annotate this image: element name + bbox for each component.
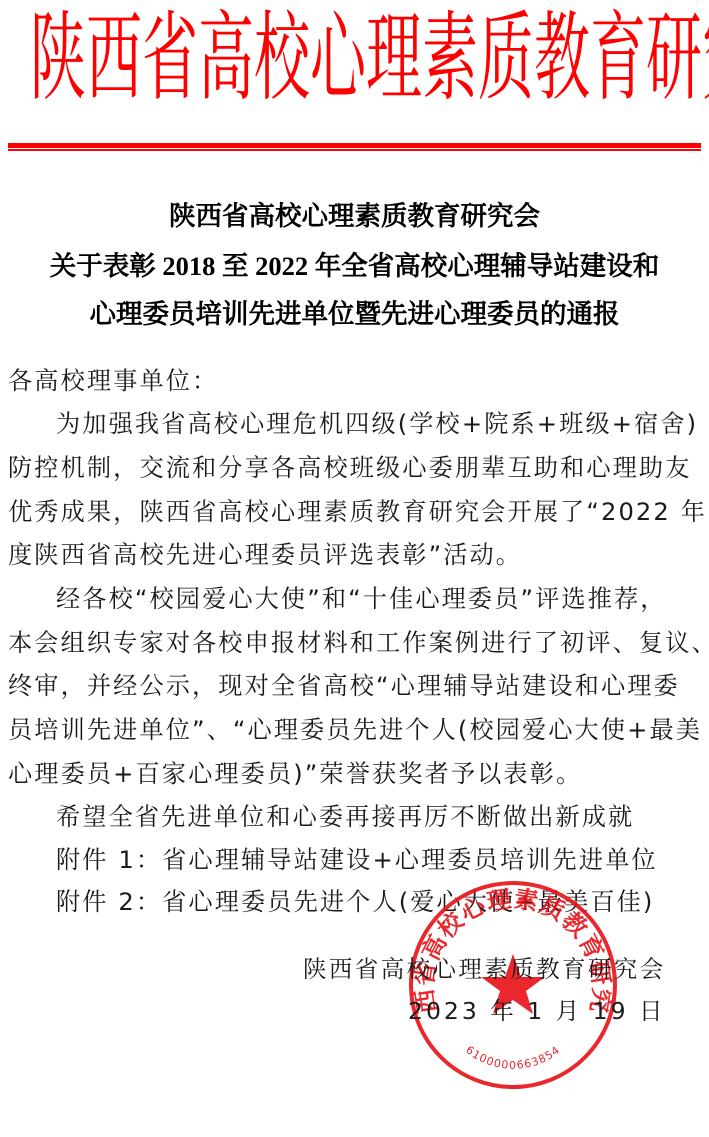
paragraph-1-line: 防控机制，交流和分享各高校班级心委朋辈互助和心理助友: [8, 453, 691, 483]
masthead-char: 西: [86, 12, 142, 108]
masthead-char: 质: [478, 12, 534, 108]
masthead-char: 高: [198, 12, 254, 108]
masthead-char: 教: [534, 12, 590, 108]
masthead-divider-thin: [8, 149, 701, 151]
document-title-line-1: 陕西省高校心理素质教育研究会: [0, 201, 709, 231]
paragraph-1-line: 度陕西省高校先进心理委员评选表彰”活动。: [8, 540, 522, 570]
document-title-line-2: 关于表彰 2018 至 2022 年全省高校心理辅导站建设和: [0, 251, 709, 281]
paragraph-2-line: 本会组织专家对各校申报材料和工作案例进行了初评、复议、: [8, 628, 709, 658]
paragraph-1-line: 优秀成果，陕西省高校心理素质教育研究会开展了“2022 年: [8, 497, 707, 527]
paragraph-1-line: 为加强我省高校心理危机四级(学校+院系+班级+宿舍): [56, 409, 698, 439]
masthead-divider-thick: [8, 143, 701, 148]
attachment-1: 附件 1：省心理辅导站建设+心理委员培训先进单位: [56, 845, 658, 875]
document-title-line-3: 心理委员培训先进单位暨先进心理委员的通报: [0, 299, 709, 329]
masthead-char: 究: [702, 12, 709, 108]
masthead-char: 省: [142, 12, 198, 108]
paragraph-2-line: 经各校“校园爱心大使”和“十佳心理委员”评选推荐，: [56, 584, 667, 614]
masthead-char: 理: [366, 12, 422, 108]
salutation: 各高校理事单位：: [8, 366, 218, 396]
paragraph-2-line: 终审，并经公示，现对全省高校“心理辅导站建设和心理委: [8, 671, 680, 701]
masthead-char: 育: [590, 12, 646, 108]
signature-date: 2023 年 1 月 19 日: [408, 996, 666, 1026]
masthead-char: 研: [646, 12, 702, 108]
paragraph-2-line: 心理委员+百家心理委员)”荣誉获奖者予以表彰。: [8, 759, 582, 789]
masthead-title: 陕 西 省 高 校 心 理 素 质 教 育 研 究 会: [30, 8, 692, 112]
signature-organization: 陕西省高校心理素质教育研究会: [303, 954, 666, 984]
masthead-char: 陕: [30, 12, 86, 108]
svg-text:6100000663854: 6100000663854: [463, 1043, 563, 1072]
masthead-char: 校: [254, 12, 310, 108]
seal-serial: 6100000663854: [463, 1043, 563, 1072]
paragraph-2-line: 员培训先进单位”、“心理委员先进个人(校园爱心大使+最美: [8, 715, 702, 745]
masthead-char: 素: [422, 12, 478, 108]
paragraph-3-line: 希望全省先进单位和心委再接再厉不断做出新成就: [56, 802, 634, 832]
attachment-2: 附件 2：省心理委员先进个人(爱心大使+最美百佳): [56, 887, 654, 917]
masthead-char: 心: [310, 12, 366, 108]
